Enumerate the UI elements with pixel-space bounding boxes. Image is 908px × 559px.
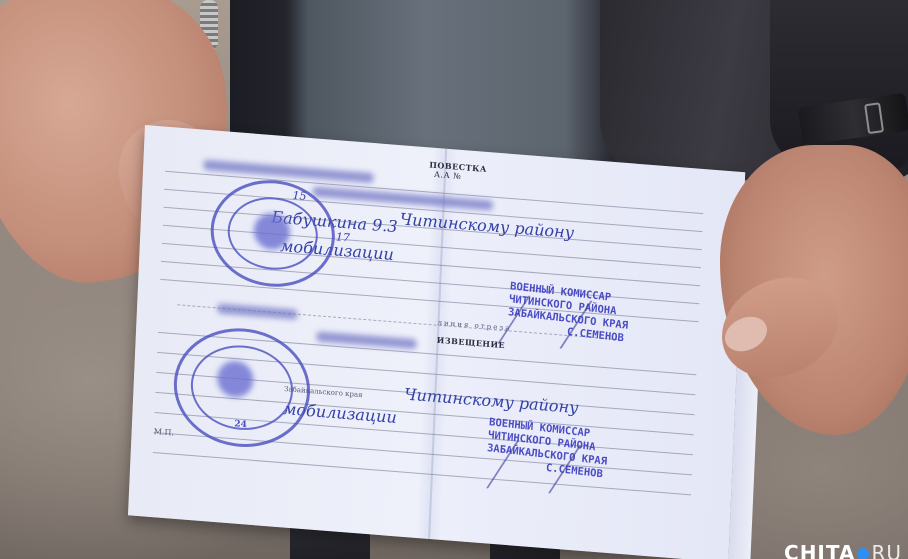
logo-dot-icon: [857, 548, 869, 559]
handwritten-district-2: Читинскому району: [404, 384, 579, 417]
seal-number: 24: [234, 419, 247, 430]
summons-document: ПОВЕСТКА А.А № 15 Бабушкина 9.3 Читинско…: [128, 125, 745, 559]
tear-line-label: линия отреза: [437, 319, 511, 333]
watermark-logo: CHITARU: [784, 541, 902, 559]
notice-label: ИЗВЕЩЕНИЕ: [437, 335, 506, 350]
mp-label: М.П.: [154, 427, 175, 438]
document-number: А.А №: [434, 170, 462, 181]
redacted-name-2: [217, 303, 297, 319]
form-line: [153, 452, 691, 495]
photo-scene: ПОВЕСТКА А.А № 15 Бабушкина 9.3 Читинско…: [0, 0, 908, 559]
